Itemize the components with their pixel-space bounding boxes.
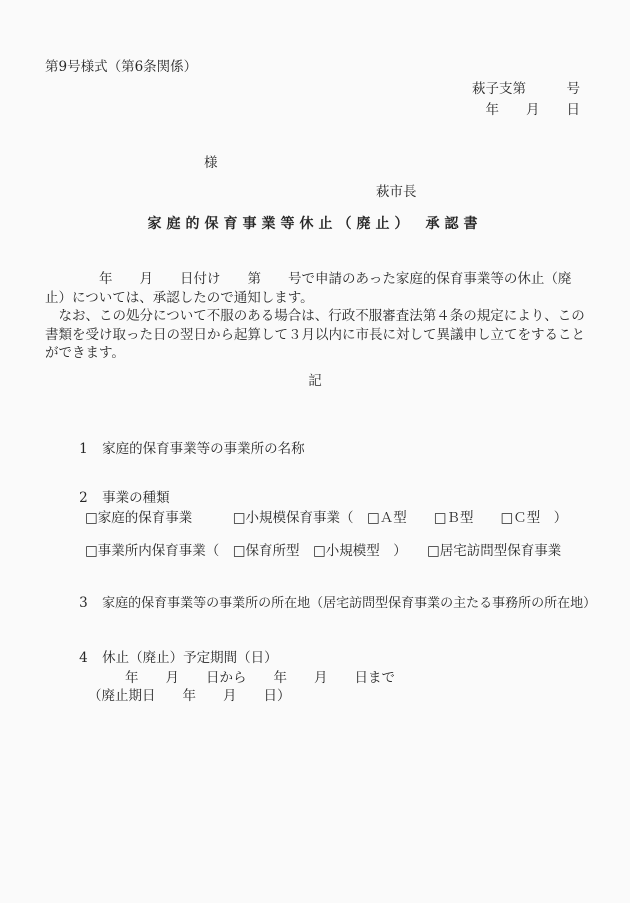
item-number: 4 — [79, 651, 102, 667]
issue-date-line: 年 月 日 — [472, 100, 580, 121]
document-number-line: 萩子支第 号 — [472, 79, 580, 100]
header-right-block: 萩子支第 号 年 月 日 — [472, 79, 580, 121]
issuer-name: 萩市長 — [376, 185, 417, 201]
item-business-address: 3家庭的保育事業等の事業所の所在地（居宅訪問型保育事業の主たる事務所の所在地） — [62, 580, 596, 627]
document-title: 家庭的保育事業等休止（廃止） 承認書 — [0, 216, 630, 232]
period-from-to-line: 年 月 日から 年 月 日まで — [125, 671, 395, 687]
business-type-checkbox-row-1: □家庭的保育事業 □小規模保育事業（ □Ａ型 □Ｂ型 □Ｃ型 ） — [85, 511, 567, 527]
abolition-date-line: （廃止期日 年 月 日） — [88, 689, 291, 705]
item-label: 家庭的保育事業等の事業所の名称 — [102, 441, 305, 457]
item-label: 事業の種類 — [102, 490, 170, 506]
body-paragraphs: 年 月 日付け 第 号で申請のあった家庭的保育事業等の休止（廃 止）については、… — [45, 270, 600, 363]
business-type-checkbox-row-2: □事業所内保育事業（ □保育所型 □小規模型 ） □居宅訪問型保育事業 — [85, 544, 561, 560]
body-line: ができます。 — [45, 344, 600, 363]
item-number: 2 — [79, 491, 102, 507]
item-business-name: 1家庭的保育事業等の事業所の名称 — [62, 426, 305, 473]
record-marker: 記 — [0, 374, 630, 390]
document-page: 第9号様式（第6条関係） 萩子支第 号 年 月 日 様 萩市長 家庭的保育事業等… — [0, 0, 630, 903]
body-line: 書類を受け取った日の翌日から起算して３月以内に市長に対して異議申し立てをすること — [45, 326, 600, 345]
body-line: なお、この処分について不服のある場合は、行政不服審査法第４条の規定により、この — [45, 307, 600, 326]
item-number: 1 — [79, 442, 102, 458]
item-number: 3 — [79, 596, 102, 612]
item-label: 休止（廃止）予定期間（日） — [102, 650, 278, 666]
item-label: 家庭的保育事業等の事業所の所在地（居宅訪問型保育事業の主たる事務所の所在地） — [102, 596, 596, 611]
addressee-honorific: 様 — [204, 156, 218, 172]
body-line: 年 月 日付け 第 号で申請のあった家庭的保育事業等の休止（廃 — [45, 270, 600, 289]
body-line: 止）については、承認したので通知します。 — [45, 289, 600, 308]
form-number: 第9号様式（第6条関係） — [45, 60, 197, 76]
